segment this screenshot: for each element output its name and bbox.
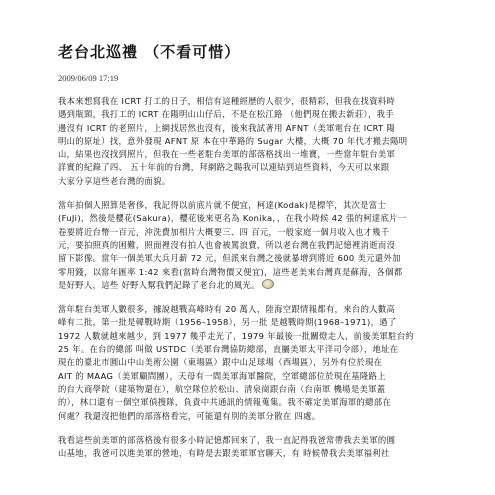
smiley-icon xyxy=(262,279,274,289)
text-line: 1972 人數就越來越少，到 1977 幾乎走光了，1979 年最後一批關燈走人… xyxy=(58,330,478,343)
text-line: 邊沒有 ICRT 的老照片，上網找居然也沒有，後來我試著用 AFNT（美軍電台在… xyxy=(58,122,478,135)
text-line: 我本來想寫我在 ICRT 打工的日子，相信有這種經歷的人很少，很精彩，但我在找資… xyxy=(58,95,478,108)
text-line: 峰有二批，第一批是韓戰時期（1956–1958），另一批 是越戰時期(1968–… xyxy=(58,316,478,329)
text-line: 現在的臺北市圓山中山美術公園（東場區）跟中山足球場（西場區），另外有位於現在 xyxy=(58,356,478,369)
text-line: 留下影像。當年一個美軍大兵月薪 72 元，但派來台灣之後就暴增到將近 600 美… xyxy=(58,252,478,265)
paragraph-2: 當年拍個人照算是奢侈，我記得以前底片就不便宜，柯達(Kodak)是標竿，其次是富… xyxy=(58,199,478,292)
text-line: 何處？我還沒把他們的部落格看完，可能還有別的美軍分散在 四處。 xyxy=(58,410,478,423)
paragraph-4: 我看這些前美軍的部落格後有很多小時記憶都回來了，我一直記得我爸常帶我去美軍的圓 … xyxy=(58,434,478,461)
paragraph-3: 當年駐台美軍人數很多，據說越戰高峰時有 20 萬人，陸海空跟情報都有，來台的人數… xyxy=(58,303,478,423)
text-line: 遇到瓶頸，我打工的 ICRT 在陽明山山仔后，不是在松江路 （他們現在搬去新莊）… xyxy=(58,108,478,121)
text-line: 零用錢，以當年匯率 1:42 來看(當時台灣物價又便宜)，這些老美來台灣真是蘇海… xyxy=(58,266,478,279)
text-line: 元，要拍照真的困難，照面裡沒有拍人也會被罵浪費，所以老台灣在我們記憶裡消逝而沒 xyxy=(58,239,478,252)
text-line: 是好野人，這些 好野人幫我們記錄了老台北的風光。 xyxy=(58,280,260,290)
text-line: 卷要將近台幣一百元，沖洗費加相片大概要三、四 百元，一般家庭一個月收入也才幾千 xyxy=(58,226,478,239)
text-line: 山基地，我爸可以進美軍的營地，有時是去跟美軍軍官聊天，有 時候帶我去美軍福利社 xyxy=(58,447,478,460)
text-line: 當年駐台美軍人數很多，據說越戰高峰時有 20 萬人，陸海空跟情報都有，來台的人數… xyxy=(58,303,478,316)
text-line: 明山的原址）找，意外發現 AFNT 原 本在中華路的 Sugar 大樓，大概 7… xyxy=(58,135,478,148)
text-line-with-emoticon: 是好野人，這些 好野人幫我們記錄了老台北的風光。 xyxy=(58,279,478,292)
text-line: 詳實的紀錄了四、 五十年前的台灣，拜網路之賜我可以連結到這些資料，今天可以來跟 xyxy=(58,161,478,174)
text-line: 我看這些前美軍的部落格後有很多小時記憶都回來了，我一直記得我爸常帶我去美軍的圓 xyxy=(58,434,478,447)
text-line: 山，結果也沒找到照片，但我在一些老駐台美軍的部落格找出一堆寶，一些當年駐台美軍 xyxy=(58,148,478,161)
post-date: 2009/06/09 17:19 xyxy=(58,72,478,84)
text-line: 的台大商學院（建築物還在），航空隊位於松山、清泉崗跟台南（台南軍 機場是美軍蓋 xyxy=(58,383,478,396)
article: 老台北巡禮 （不看可惜） 2009/06/09 17:19 我本來想寫我在 IC… xyxy=(58,40,478,460)
text-line: 大家分享這些老台灣的面貌。 xyxy=(58,175,478,188)
text-line: 的），林口還有一個空軍偵搜隊，負責中共通訊的情報蒐集。我不確定美軍海軍的總部在 xyxy=(58,396,478,409)
article-title: 老台北巡禮 （不看可惜） xyxy=(58,40,478,64)
text-line: AIT 的 MAAG（美軍顧問團），天母有一間美軍海軍醫院，空軍總部位於現在基隆… xyxy=(58,370,478,383)
text-line: (FuJi)，然後是櫻花(Sakura)，櫻花後來更名為 Konika，，在我小… xyxy=(58,212,478,225)
text-line: 當年拍個人照算是奢侈，我記得以前底片就不便宜，柯達(Kodak)是標竿，其次是富… xyxy=(58,199,478,212)
text-line: 25 年。在台的總部 叫做 USTDC（美軍台灣協防總部，直屬美軍太平洋司令部）… xyxy=(58,343,478,356)
paragraph-1: 我本來想寫我在 ICRT 打工的日子，相信有這種經歷的人很少，很精彩，但我在找資… xyxy=(58,95,478,188)
